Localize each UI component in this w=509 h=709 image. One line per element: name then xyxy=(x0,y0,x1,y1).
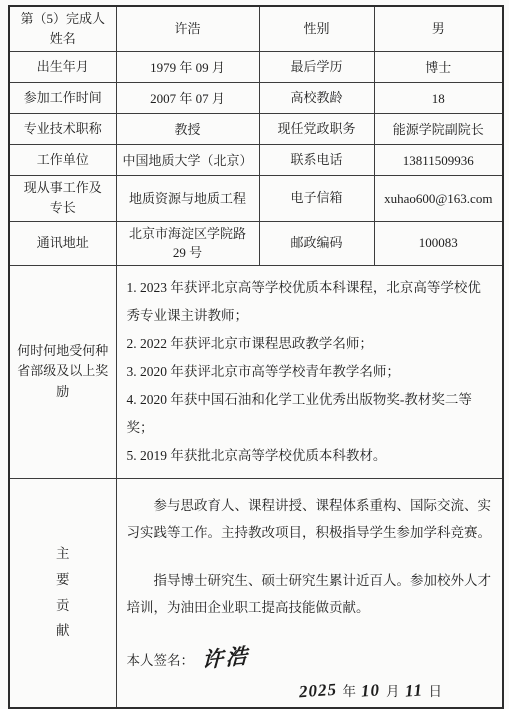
award-item: 4. 2020 年获中国石油和化学工业优秀出版物奖-教材奖二等奖； xyxy=(127,386,494,442)
value-gender: 男 xyxy=(374,6,503,52)
award-item: 5. 2019 年获批北京高等学校优质本科教材。 xyxy=(127,442,494,470)
label-work-unit: 工作单位 xyxy=(9,145,116,176)
date-year-unit: 年 xyxy=(342,684,356,699)
value-mailing-address: 北京市海淀区学院路 29 号 xyxy=(116,221,259,265)
contributions-content: 参与思政育人、课程讲授、课程体系重构、国际交流、实习实践等工作。主持教改项目，积… xyxy=(116,478,503,708)
label-email: 电子信箱 xyxy=(259,176,374,221)
value-work-unit: 中国地质大学（北京） xyxy=(116,145,259,176)
signature-row: 本人签名：许浩 xyxy=(127,642,493,672)
label-phone: 联系电话 xyxy=(259,145,374,176)
table-row: 现从事工作及 专长 地质资源与地质工程 电子信箱 xuhao600@163.co… xyxy=(9,176,503,221)
value-teaching-years: 18 xyxy=(374,83,503,114)
value-phone: 13811509936 xyxy=(374,145,503,176)
label-mailing-address: 通讯地址 xyxy=(9,221,116,265)
label-current-position: 现任党政职务 xyxy=(259,114,374,145)
label-teaching-years: 高校教龄 xyxy=(259,83,374,114)
table-row: 工作单位 中国地质大学（北京） 联系电话 13811509936 xyxy=(9,145,503,176)
form-page: 第（5）完成人 姓名 许浩 性别 男 出生年月 1979 年 09 月 最后学历… xyxy=(0,0,509,700)
value-current-position: 能源学院副院长 xyxy=(374,114,503,145)
value-birth-date: 1979 年 09 月 xyxy=(116,52,259,83)
value-completer-name: 许浩 xyxy=(116,6,259,52)
date-day-unit: 日 xyxy=(429,684,443,699)
date-day: 11 xyxy=(404,680,423,701)
table-row: 参加工作时间 2007 年 07 月 高校教龄 18 xyxy=(9,83,503,114)
label-awards: 何时何地受何种 省部级及以上奖 励 xyxy=(9,265,116,478)
label-birth-date: 出生年月 xyxy=(9,52,116,83)
contributions-row: 主 要 贡 献 参与思政育人、课程讲授、课程体系重构、国际交流、实习实践等工作。… xyxy=(9,478,503,708)
label-work-start-date: 参加工作时间 xyxy=(9,83,116,114)
value-last-degree: 博士 xyxy=(374,52,503,83)
award-item: 2. 2022 年获评北京市课程思政教学名师； xyxy=(127,330,494,358)
signature-label: 本人签名： xyxy=(127,653,195,668)
contribution-paragraph: 指导博士研究生、硕士研究生累计近百人。参加校外人才培训，为油田企业职工提高技能做… xyxy=(127,567,493,621)
table-row: 第（5）完成人 姓名 许浩 性别 男 xyxy=(9,6,503,52)
personnel-form-table: 第（5）完成人 姓名 许浩 性别 男 出生年月 1979 年 09 月 最后学历… xyxy=(8,5,504,709)
award-item: 1. 2023 年获评北京高等学校优质本科课程，北京高等学校优秀专业课主讲教师； xyxy=(127,274,494,330)
label-last-degree: 最后学历 xyxy=(259,52,374,83)
table-row: 专业技术职称 教授 现任党政职务 能源学院副院长 xyxy=(9,114,503,145)
label-main-contributions: 主 要 贡 献 xyxy=(9,478,116,708)
value-work-start-date: 2007 年 07 月 xyxy=(116,83,259,114)
contribution-paragraph: 参与思政育人、课程讲授、课程体系重构、国际交流、实习实践等工作。主持教改项目，积… xyxy=(127,492,493,546)
date-year: 2025 xyxy=(298,679,337,702)
table-row: 通讯地址 北京市海淀区学院路 29 号 邮政编码 100083 xyxy=(9,221,503,265)
vertical-label: 主 要 贡 献 xyxy=(14,541,112,644)
value-current-work-field: 地质资源与地质工程 xyxy=(116,176,259,221)
label-professional-title: 专业技术职称 xyxy=(9,114,116,145)
signature-date: 2025 年 10 月 11 日 xyxy=(127,680,493,701)
date-month: 10 xyxy=(361,680,381,701)
awards-content: 1. 2023 年获评北京高等学校优质本科课程，北京高等学校优秀专业课主讲教师；… xyxy=(116,265,503,478)
label-completer-name: 第（5）完成人 姓名 xyxy=(9,6,116,52)
award-item: 3. 2020 年获评北京市高等学校青年教学名师； xyxy=(127,358,494,386)
awards-row: 何时何地受何种 省部级及以上奖 励 1. 2023 年获评北京高等学校优质本科课… xyxy=(9,265,503,478)
value-postal-code: 100083 xyxy=(374,221,503,265)
label-postal-code: 邮政编码 xyxy=(259,221,374,265)
table-row: 出生年月 1979 年 09 月 最后学历 博士 xyxy=(9,52,503,83)
value-email: xuhao600@163.com xyxy=(374,176,503,221)
handwritten-signature: 许浩 xyxy=(202,639,251,674)
label-current-work-field: 现从事工作及 专长 xyxy=(9,176,116,221)
date-month-unit: 月 xyxy=(386,684,400,699)
label-gender: 性别 xyxy=(259,6,374,52)
value-professional-title: 教授 xyxy=(116,114,259,145)
